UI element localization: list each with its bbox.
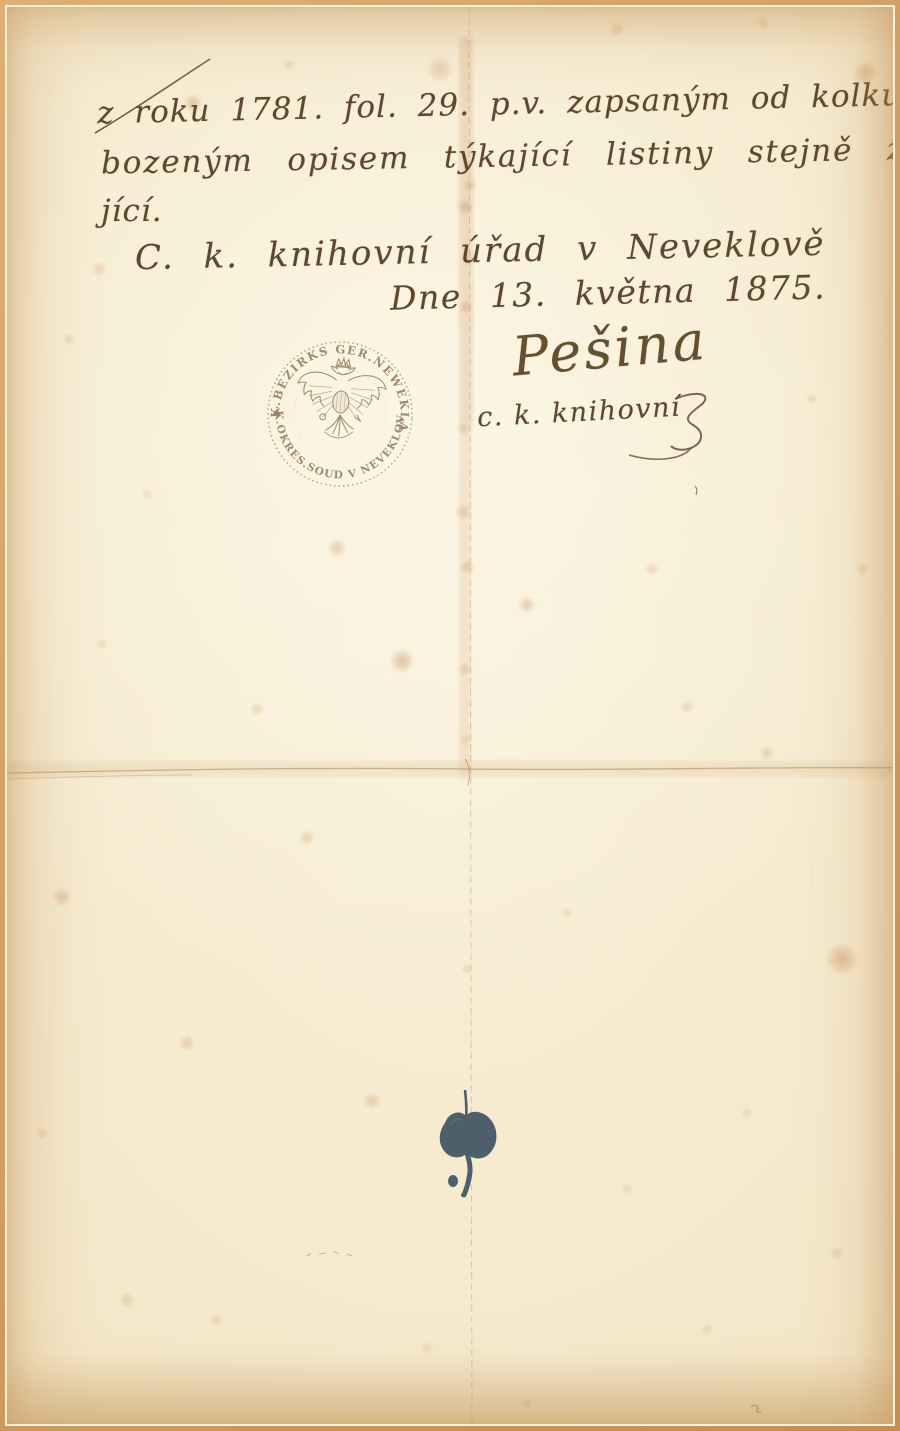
apostrophe-mark [695,486,697,495]
eagle-left-head [331,362,342,374]
scanned-document-page: K.K.BEZIRKS GER.NEWEKLAU C.K.OKRES.SOUD … [0,0,900,1431]
eagle-tail [325,414,353,437]
eagle-right-wing [346,374,386,410]
paper-sheet: K.K.BEZIRKS GER.NEWEKLAU C.K.OKRES.SOUD … [5,5,895,1426]
ink-blot [440,1090,497,1197]
seal-inner-ring [291,365,389,463]
handwriting-line-3: jící. [101,193,163,229]
official-seal: K.K.BEZIRKS GER.NEWEKLAU C.K.OKRES.SOUD … [263,337,417,491]
red-scribble-mark [751,1405,761,1412]
eagle-left-wing [297,371,337,407]
eagle-sword [355,415,361,421]
vertical-fold-stain-band [459,427,471,777]
double-eagle-emblem [294,355,387,441]
pencil-scribble-mark [307,1252,352,1256]
